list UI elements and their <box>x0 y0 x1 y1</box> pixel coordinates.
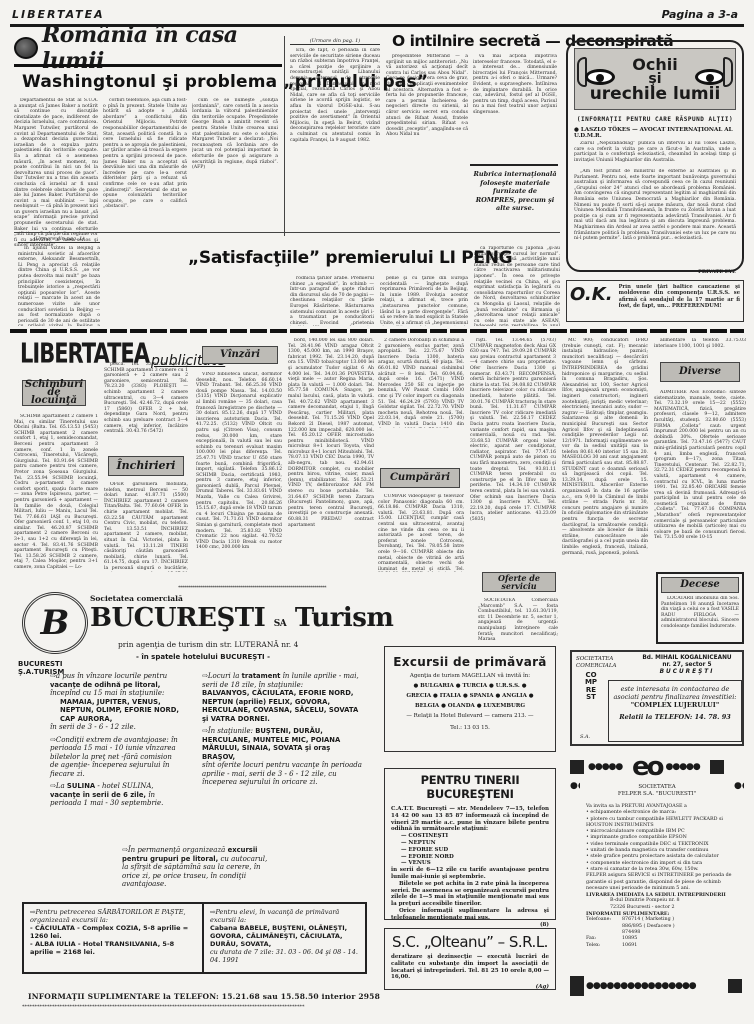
comprest-phone: Relatii la TELEFON: 14. 78. 93 <box>613 713 737 721</box>
ad-title: BUCUREŞTI SA Turism <box>90 603 393 633</box>
classifieds-decese-text: LOCATARII imobilului din Sos. Pantelimon… <box>661 596 739 640</box>
ok-box: O.K. Prin unele ţări baltice caucaziene … <box>566 280 744 322</box>
corner-block <box>710 760 724 774</box>
turism-right-block: ⇨Locuri la tratament în lunile aprilie -… <box>202 672 362 787</box>
article-secret-col2: va mai acţiona împotriva intereselor fra… <box>473 54 557 158</box>
felper-logo: eo <box>632 752 662 782</box>
pasti-block: ⇨Pentru petrecerea SĂRBĂTORILOR E PAŞTE,… <box>24 904 204 972</box>
ok-text: Prin unele ţări baltice caucaziene şi mo… <box>619 284 740 318</box>
turism-center-block: ⇨În permanenţă organizează excursii pent… <box>122 846 272 889</box>
masthead-title: LIBERTATEA <box>12 8 105 21</box>
turism-info-phone: INFORMAŢII SUPLIMENTARE la TELEFON: 15.2… <box>28 992 380 1001</box>
classifieds-misc-text: MC 900; conducători IFRO (trebuie cunoşt… <box>562 338 648 568</box>
category-oferte: Oferte de serviciu <box>482 572 556 592</box>
article-washington-col3: cum ce se numeşte „soluţia jordaniană”, … <box>192 98 278 224</box>
column-divider <box>284 36 285 236</box>
ad-small-label: Societatea comercială <box>90 594 183 603</box>
article-lipeng-col2: rodnicia ţărilor arabe. Premierul chinez… <box>290 276 374 326</box>
ok-mark: O.K. <box>570 284 613 318</box>
classifieds-oferte-text: SOCIETATEA Comercială „Marcomb” S.A. — f… <box>478 598 558 640</box>
comprest-vertical: COMPREST <box>584 672 598 702</box>
station-list: — COSTINEŞTI — NEPTUN — EFORIE SUD — EFO… <box>391 833 549 867</box>
banner-rule <box>14 64 282 67</box>
section-separator <box>10 329 744 333</box>
ochii-body2: „Am fost primit de ministrul de externe … <box>574 169 736 267</box>
continuation-label-lipeng: (Urmare din pag. 1) <box>18 236 100 243</box>
classifieds-misc-text2: alimentare la telefon 33.75.03 interioar… <box>654 338 746 354</box>
article-lipeng-col1: În ajunul vizitei la Beijing a ministrul… <box>18 246 100 326</box>
article-washington-col2: corbiri telefonice, aşa cum a fost-o pîn… <box>103 98 187 324</box>
classifieds-cumparari-text2: rişti. Tel. 13.44.65 (5703) CUMPĂR magne… <box>470 338 556 572</box>
ochii-item-title: ● LASZLO TÖKES — AVOCAT INTERNAŢIONAL AL… <box>574 127 736 139</box>
olteanu-ad: S.C. „Olteanu” – S.R.L. deratizare şi de… <box>384 928 556 990</box>
comprest-address: Bd. MIHAIL KOGALNICEANUnr. 27, sector 5B… <box>632 655 742 676</box>
bucuresti-turism-logo: B <box>22 592 88 654</box>
category-inchirieri: Închirieri <box>108 456 184 476</box>
corner-block <box>570 976 584 996</box>
eye-icon <box>585 69 615 85</box>
ochii-subtitle: (INFORMAŢII PENTRU CARE RĂSPUND ALŢII) <box>574 116 736 123</box>
stars-border: ****************************************… <box>178 585 368 591</box>
category-vinzari: Vînzări <box>202 346 278 364</box>
turism-excursions-box: ⇨Pentru petrecerea SĂRBĂTORILOR E PAŞTE,… <box>22 902 367 974</box>
classifieds-vinzari-text: VÎND bibliotecă unicat, dormitor deosebi… <box>196 372 282 572</box>
page-number: Pagina a 3-a <box>662 8 738 21</box>
ochii-urechile-box: Ochii şi urechile lumii (INFORMAŢII PENT… <box>566 40 744 272</box>
ochii-body1: Ziarul „Nepszabadsag” publică un intervi… <box>574 141 736 167</box>
corner-block <box>728 979 742 993</box>
category-schimburi: Schimburi de locuinţă <box>22 380 86 406</box>
agency-location: - în spatele hotelului BUCUREŞTI - <box>136 653 270 661</box>
ochii-signature: PRIVATE EYE <box>574 269 736 275</box>
magellan-title: Excursii de primăvară <box>385 655 555 669</box>
stars-border: ****************************************… <box>22 1004 367 1010</box>
globe-icon <box>14 37 38 59</box>
classifieds-inchirieri-text: OFER garsonieră mobilată, telefon, metro… <box>104 482 188 572</box>
ear-icon <box>723 57 733 87</box>
comprest-ad: SOCIETATEACOMERCIALA COMPREST S.A. Bd. M… <box>570 650 744 746</box>
classifieds-cumparari-text: CUMPĂR videoplayer şi televizor color Pa… <box>378 494 464 572</box>
corner-block <box>570 760 584 774</box>
tineri-title: PENTRU TINERII BUCUREŞTENI <box>391 773 549 801</box>
category-diverse: Diverse <box>660 362 740 382</box>
article-lipeng-col4: că raporturile cu Japonia „şi-au reluat … <box>474 246 560 326</box>
olteanu-title: S.C. „Olteanu” – S.R.L. <box>391 933 549 951</box>
rule <box>14 232 560 233</box>
classifieds-schimburi-text2: pescă. Tel. 33.61.81 (5470) SCHIMB apart… <box>104 362 188 432</box>
classifieds-diverse-text: ADMITERE ASE Economic: sinteze sistemati… <box>654 390 746 560</box>
ochii-title-banner: Ochii şi urechile lumii <box>574 48 736 110</box>
felper-body: Va invita sa la PRETURI AVANTAJOASE a • … <box>570 804 744 949</box>
headline-lipeng: „Satisfacţiile” premierului LI PENG <box>188 248 512 268</box>
article-secret-continuation: Era, de fapt, o perioadă în care servici… <box>290 48 380 224</box>
felper-ad: ●●●●● eo ●●●●● ●●●●●●●●●●●●●●●●●●●●●●●● … <box>570 752 744 996</box>
category-decese: Decese <box>661 577 739 593</box>
classifieds-schimburi-text: SCHIMB apartament 2 camere 1 Mai, cu sim… <box>14 414 98 572</box>
classifieds-vinzari-text2: bord, 140.000 lei sau 800 dolari. Tel. 2… <box>288 338 374 572</box>
agency-address: prin agenţia de turism din str. LUTERANĂ… <box>118 640 298 649</box>
magellan-ad: Excursii de primăvară Agenţia de turism … <box>384 646 556 752</box>
rule <box>470 164 558 166</box>
turism-left-block: ⇨a pus în vînzare locurile pentru vacanţ… <box>50 672 180 808</box>
decese-box: Decese LOCATARII imobilului din Sos. Pan… <box>656 572 744 644</box>
continuation-label: (Urmare din pag. 1) <box>290 38 380 45</box>
category-cumparari: Cumpărări <box>380 468 460 488</box>
article-lipeng-col3: penie şi cu ţările din Europa occidental… <box>380 276 468 326</box>
tineri-ad: PENTRU TINERII BUCUREŞTENI C.A.T.T. Bucu… <box>384 768 556 920</box>
rubrica-note: Rubrica internaţională foloseşte materia… <box>472 170 558 213</box>
article-secret-col1: preşedintele Mitterand — a sprijinit un … <box>386 54 468 224</box>
ear-icon <box>577 57 587 87</box>
eye-icon <box>695 69 725 85</box>
section-banner: România în casa lumii <box>14 34 282 62</box>
classifieds-vinzari-text3: 2 camere Dorobanţi în schimbul a 2 garso… <box>378 338 464 428</box>
elevi-block: ⇨Pentru elevi, în vacanţă de primăvară e… <box>204 904 365 972</box>
